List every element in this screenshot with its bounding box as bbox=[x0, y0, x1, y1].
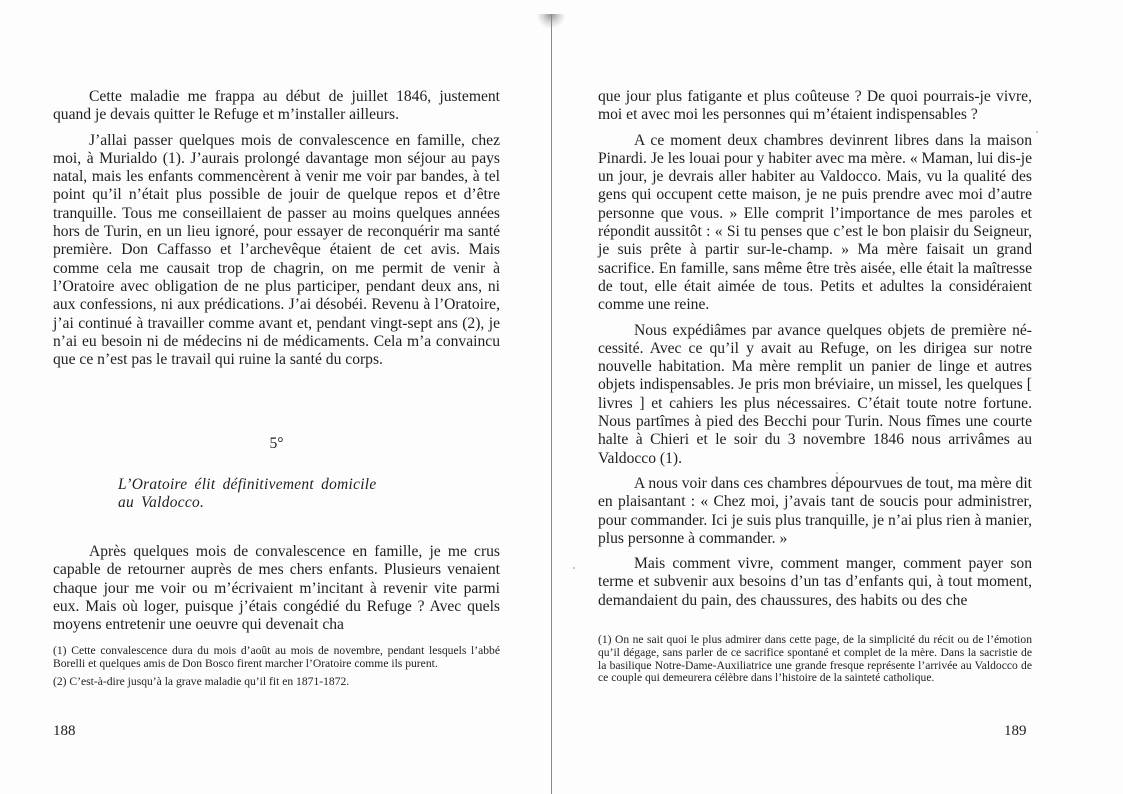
scan-speck bbox=[1036, 131, 1038, 133]
left-paragraph-1: Cette maladie me frappa au début de juil… bbox=[53, 88, 500, 125]
right-paragraph-3: Nous expédiâmes par avance quelques obje… bbox=[598, 322, 1032, 468]
section-title: L’Oratoire élit définitivement domicile … bbox=[118, 476, 388, 512]
right-footnotes: (1) On ne sait quoi le plus admirer dans… bbox=[598, 634, 1032, 690]
left-paragraph-3: Après quelques mois de convalescence en … bbox=[53, 543, 500, 634]
section-number: 5° bbox=[53, 435, 500, 453]
book-spine-gutter bbox=[551, 14, 552, 794]
right-paragraph-4: A nous voir dans ces chambres dépourvues… bbox=[598, 475, 1032, 548]
left-page: Cette maladie me frappa au début de juil… bbox=[53, 88, 500, 376]
right-page-number: 189 bbox=[1004, 722, 1027, 740]
right-paragraph-5: Mais comment vivre, comment manger, comm… bbox=[598, 555, 1032, 610]
scan-speck bbox=[573, 567, 575, 569]
right-page: que jour plus fatigante et plus coûteuse… bbox=[598, 88, 1032, 617]
right-paragraph-2: A ce moment deux chambres devinrent libr… bbox=[598, 132, 1032, 315]
book-spread: Cette maladie me frappa au début de juil… bbox=[0, 0, 1123, 794]
left-footnotes: (1) Cette convalescence dura du mois d’a… bbox=[53, 645, 500, 693]
left-footnote-2: (2) C’est-à-dire jusqu’à la grave maladi… bbox=[53, 676, 500, 689]
left-after-section: Après quelques mois de convalescence en … bbox=[53, 543, 500, 641]
left-page-number: 188 bbox=[53, 722, 76, 740]
scan-speck bbox=[836, 472, 838, 474]
left-paragraph-2: J’allai passer quelques mois de convales… bbox=[53, 132, 500, 370]
right-paragraph-1: que jour plus fatigante et plus coûteuse… bbox=[598, 88, 1032, 125]
right-footnote-1: (1) On ne sait quoi le plus admirer dans… bbox=[598, 634, 1032, 685]
left-footnote-1: (1) Cette convalescence dura du mois d’a… bbox=[53, 645, 500, 671]
